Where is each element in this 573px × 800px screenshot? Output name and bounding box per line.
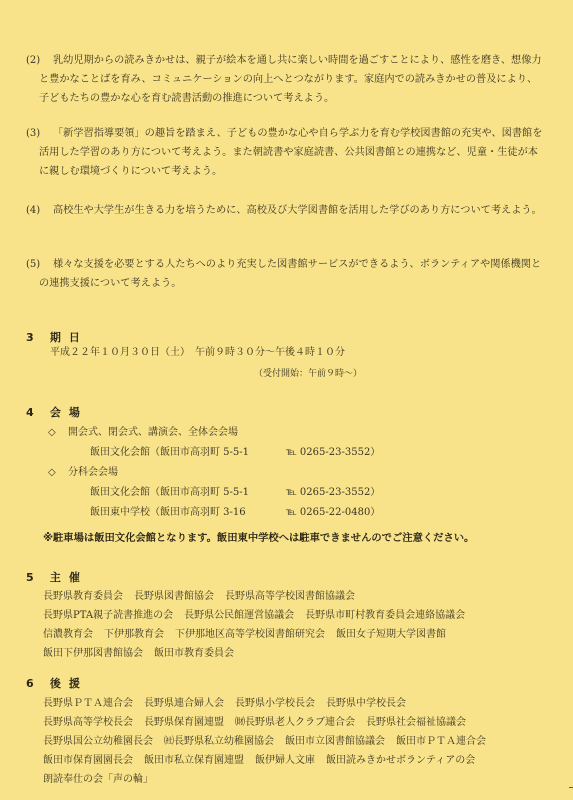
parking-note: ※駐車場は飯田文化会館となります。飯田東中学校へは駐車できませんのでご注意くださ… [43, 529, 474, 544]
reception-time: （受付開始：午前９時～） [254, 367, 362, 381]
section-number: 3 [26, 331, 46, 344]
supporter-line: 長野県ＰＴＡ連合会長野県連合婦人会長野県小学校長会長野県中学校長会 [43, 694, 417, 709]
supporter-line: 長野県国公立幼稚園長会㈳長野県私立幼稚園協会飯田市立図書館協議会飯田市ＰＴＡ連合… [43, 732, 497, 747]
organizer: 飯田市教育委員会 [154, 648, 234, 659]
section-title: 後援 [50, 677, 88, 690]
supporter: 飯伊婦人文庫 [255, 755, 315, 766]
organizer: 長野県高等学校図書館協議会 [225, 591, 355, 602]
document-page: (2) 乳幼児期からの読みきかせは、親子が絵本を通し共に楽しい時間を過ごすことに… [0, 0, 573, 800]
supporter-line: 朗読奉仕の会「声の輪」 [43, 770, 164, 785]
section-heading-date: 3 期日 [26, 329, 88, 345]
organizer: 信濃教育会 [43, 629, 93, 640]
organizer: 飯田下伊那図書館協会 [43, 648, 143, 659]
venue-address: 飯田東中学校（飯田市高羽町 3-16 [90, 503, 286, 518]
supporter: 長野県中学校長会 [326, 698, 406, 709]
theme-paragraph-4: (4) 高校生や大学生が生きる力を培うために、高校及び大学図書館を活用した学びの… [26, 201, 546, 220]
organizer: 長野県公民館運営協議会 [184, 610, 294, 621]
supporter: 長野県国公立幼稚園長会 [43, 736, 153, 747]
event-datetime: 平成２２年１０月３０日（土） 午前９時３０分～午後４時１０分 [50, 346, 345, 360]
supporter: 飯田市保育園園長会 [43, 755, 133, 766]
supporter: 飯田市立図書館協議会 [285, 736, 385, 747]
supporter-line: 長野県高等学校長会長野県保育園連盟㈶長野県老人クラブ連合会長野県社会福祉協議会 [43, 713, 477, 728]
section-title: 主催 [50, 571, 88, 584]
venue-address: 飯田文化会館（飯田市高羽町 5-5-1 [90, 443, 286, 458]
supporter: 長野県保育園連盟 [144, 717, 224, 728]
supporter: ㈶長野県老人クラブ連合会 [235, 717, 355, 728]
supporter: 朗読奉仕の会「声の輪」 [43, 774, 153, 785]
venue-phone: ℡ 0265-23-3552） [286, 443, 380, 458]
venue-group-label: 分科会会場 [68, 463, 118, 478]
diamond-bullet-icon: ◇ [48, 467, 68, 478]
venue-phone: ℡ 0265-23-3552） [286, 483, 380, 498]
venue-group-breakout: ◇分科会会場 [48, 463, 118, 478]
organizer: 長野県PTA親子読書推進の会 [43, 610, 173, 621]
supporter: 長野県連合婦人会 [144, 698, 224, 709]
section-heading-venue: 4 会場 [26, 404, 88, 420]
paragraph-number: (3) [26, 124, 40, 143]
section-heading-supporters: 6 後援 [26, 675, 88, 691]
organizer-line: 長野県PTA親子読書推進の会長野県公民館運営協議会長野県市町村教育委員会連絡協議… [43, 606, 476, 621]
supporter: 長野県ＰＴＡ連合会 [43, 698, 133, 709]
paragraph-number: (5) [26, 255, 40, 274]
diamond-bullet-icon: ◇ [48, 427, 68, 438]
paragraph-text: 様々な支援を必要とする人たちへのより充実した図書館サービスができるよう、ボランテ… [26, 255, 546, 293]
paragraph-text: 「新学習指導要領」の趣旨を踏まえ、子どもの豊かな心や自ら学ぶ力を育む学校図書館の… [26, 124, 546, 181]
venue-phone: ℡ 0265-22-0480） [286, 503, 380, 518]
scan-edge-mark [569, 787, 573, 788]
venue-place: 飯田東中学校（飯田市高羽町 3-16℡ 0265-22-0480） [90, 503, 380, 518]
organizer: 長野県図書館協会 [134, 591, 214, 602]
organizer-line: 飯田下伊那図書館協会飯田市教育委員会 [43, 644, 245, 659]
venue-place: 飯田文化会館（飯田市高羽町 5-5-1℡ 0265-23-3552） [90, 483, 380, 498]
paragraph-number: (4) [26, 201, 40, 220]
paragraph-text: 乳幼児期からの読みきかせは、親子が絵本を通し共に楽しい時間を過ごすことにより、感… [26, 51, 546, 108]
theme-paragraph-5: (5) 様々な支援を必要とする人たちへのより充実した図書館サービスができるよう、… [26, 255, 546, 293]
supporter: 長野県社会福祉協議会 [366, 717, 466, 728]
supporter: 飯田読みきかせボランティアの会 [326, 755, 475, 766]
paragraph-text: 高校生や大学生が生きる力を培うために、高校及び大学図書館を活用した学びのあり方に… [26, 201, 546, 220]
section-title: 期日 [50, 331, 88, 344]
venue-place: 飯田文化会館（飯田市高羽町 5-5-1℡ 0265-23-3552） [90, 443, 380, 458]
organizer-line: 信濃教育会下伊那教育会下伊那地区高等学校図書館研究会飯田女子短期大学図書館 [43, 625, 457, 640]
organizer: 下伊那地区高等学校図書館研究会 [175, 629, 325, 640]
organizer: 飯田女子短期大学図書館 [336, 629, 446, 640]
supporter: 飯田市ＰＴＡ連合会 [396, 736, 486, 747]
supporter: ㈳長野県私立幼稚園協会 [164, 736, 274, 747]
venue-address: 飯田文化会館（飯田市高羽町 5-5-1 [90, 483, 286, 498]
supporter: 飯田市私立保育園連盟 [144, 755, 244, 766]
venue-group-label: 開会式、閉会式、講演会、全体会会場 [68, 423, 238, 438]
section-heading-organizers: 5 主催 [26, 569, 88, 585]
theme-paragraph-2: (2) 乳幼児期からの読みきかせは、親子が絵本を通し共に楽しい時間を過ごすことに… [26, 51, 546, 108]
supporter: 長野県小学校長会 [235, 698, 315, 709]
supporter-line: 飯田市保育園園長会飯田市私立保育園連盟飯伊婦人文庫飯田読みきかせボランティアの会 [43, 751, 486, 766]
organizer: 長野県教育委員会 [43, 591, 123, 602]
organizer-line: 長野県教育委員会長野県図書館協会長野県高等学校図書館協議会 [43, 587, 366, 602]
paragraph-number: (2) [26, 51, 40, 70]
section-number: 6 [26, 677, 46, 690]
theme-paragraph-3: (3) 「新学習指導要領」の趣旨を踏まえ、子どもの豊かな心や自ら学ぶ力を育む学校… [26, 124, 546, 181]
section-title: 会場 [50, 406, 88, 419]
organizer: 長野県市町村教育委員会連絡協議会 [305, 610, 465, 621]
section-number: 4 [26, 406, 46, 419]
section-number: 5 [26, 571, 46, 584]
supporter: 長野県高等学校長会 [43, 717, 133, 728]
organizer: 下伊那教育会 [104, 629, 164, 640]
venue-group-main: ◇開会式、閉会式、講演会、全体会会場 [48, 423, 238, 438]
